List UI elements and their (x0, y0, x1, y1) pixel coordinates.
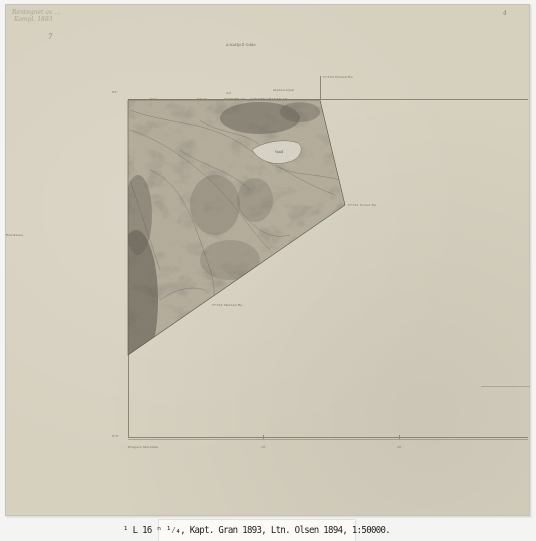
lake-label: Vand (274, 150, 283, 154)
catalog-label: ¹ L 16 ⁿ ¹⁄₄, Kapt. Gran 1893, Ltn. Olse… (123, 525, 390, 536)
catalog-label-strip: ¹ L 16 ⁿ ¹⁄₄, Kapt. Gran 1893, Ltn. Olse… (158, 519, 356, 541)
topographic-map-area: Vand (0, 0, 536, 541)
